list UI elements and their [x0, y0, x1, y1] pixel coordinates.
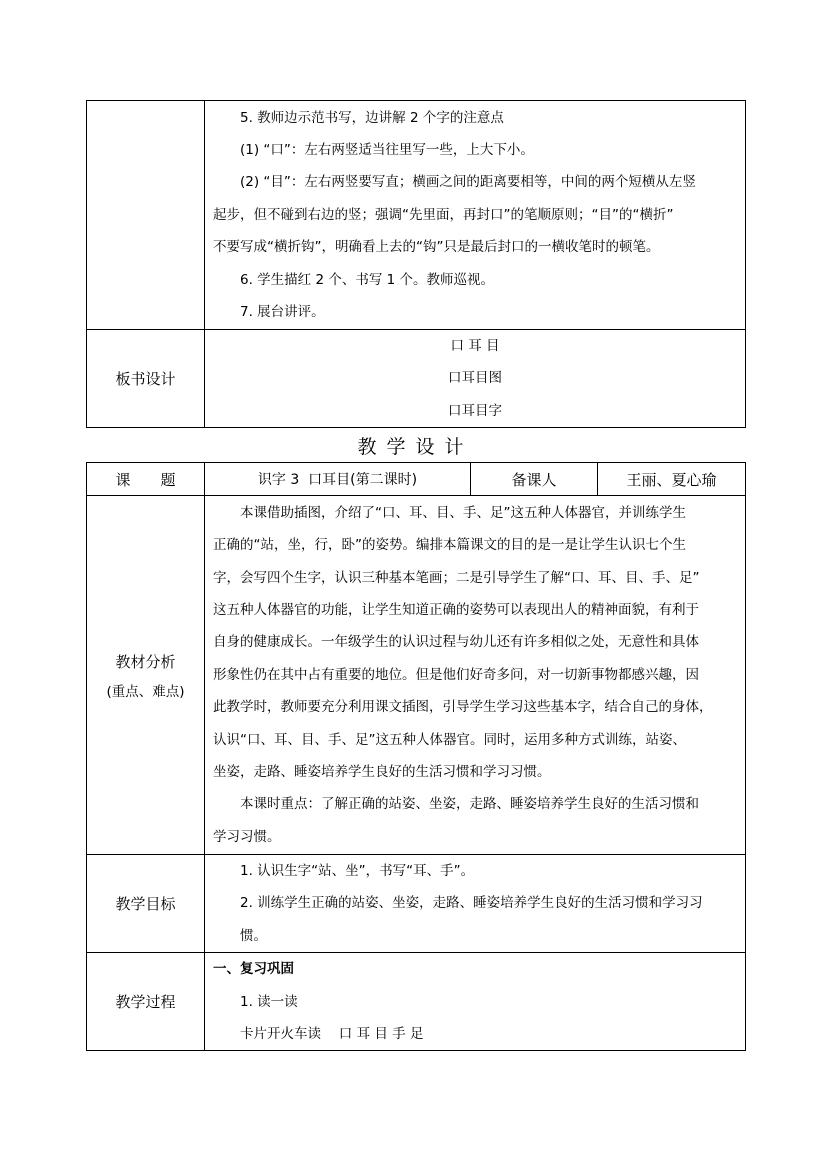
board-design-label: 板书设计 — [87, 330, 205, 428]
analysis-line: 此教学时，教师要充分利用课文插图，引导学生学习这些基本字，结合自己的身体， — [213, 691, 737, 723]
section-title: 教学设计 — [86, 434, 745, 460]
process-label: 教学过程 — [87, 953, 205, 1051]
process-step-1-detail: 卡片开火车读 口 耳 目 手 足 — [213, 1018, 737, 1050]
step-5-point-2-cont: 起步，但不碰到右边的竖；强调“先里面，再封口”的笔顺原则；“目”的“横折” — [213, 199, 737, 231]
preparer-label: 备课人 — [471, 463, 598, 496]
objective-1: 1. 认识生字“站、坐”，书写“耳、手”。 — [213, 855, 737, 887]
board-line-1: 口 耳 目 — [213, 330, 737, 362]
analysis-row: 教材分析 (重点、难点) 本课借助插图，介绍了“口、耳、目、手、足”这五种人体器… — [87, 496, 746, 855]
step-5-point-1: (1) “口”：左右两竖适当往里写一些，上大下小。 — [213, 134, 737, 166]
preparer-value: 王丽、夏心瑜 — [598, 463, 746, 496]
step-7: 7. 展台讲评。 — [213, 296, 737, 328]
analysis-line: 形象性仍在其中占有重要的地位。但是他们好奇多问，对一切新事物都感兴趣，因 — [213, 659, 737, 691]
analysis-line: 字，会写四个生字，认识三种基本笔画；二是引导学生了解“口、耳、目、手、足” — [213, 562, 737, 594]
header-row: 课 题 识字 3 口耳目(第二课时) 备课人 王丽、夏心瑜 — [87, 463, 746, 496]
objectives-content: 1. 认识生字“站、坐”，书写“耳、手”。 2. 训练学生正确的站姿、坐姿，走路… — [205, 855, 746, 953]
objective-2: 2. 训练学生正确的站姿、坐姿，走路、睡姿培养学生良好的生活习惯和学习习 — [213, 887, 737, 919]
teaching-design-table: 课 题 识字 3 口耳目(第二课时) 备课人 王丽、夏心瑜 教材分析 (重点、难… — [86, 462, 746, 1051]
lesson-steps-table: 5. 教师边示范书写，边讲解 2 个字的注意点 (1) “口”：左右两竖适当往里… — [86, 100, 746, 428]
board-design-content: 口 耳 目 口耳目图 口耳目字 — [205, 330, 746, 428]
analysis-line: 这五种人体器官的功能，让学生知道正确的姿势可以表现出人的精神面貌，有利于 — [213, 594, 737, 626]
process-step-1: 1. 读一读 — [213, 986, 737, 1018]
step-5: 5. 教师边示范书写，边讲解 2 个字的注意点 — [213, 102, 737, 134]
step-5-point-2-cont2: 不要写成“横折钩”，明确看上去的“钩”只是最后封口的一横收笔时的顿笔。 — [213, 231, 737, 263]
board-line-2: 口耳目图 — [213, 362, 737, 394]
topic-value: 识字 3 口耳目(第二课时) — [205, 463, 471, 496]
step-5-point-2: (2) “目”：左右两竖要写直；横画之间的距离要相等，中间的两个短横从左竖 — [213, 166, 737, 198]
analysis-line: 自身的健康成长。一年级学生的认识过程与幼儿还有许多相似之处，无意性和具体 — [213, 626, 737, 658]
analysis-line: 坐姿，走路、睡姿培养学生良好的生活习惯和学习习惯。 — [213, 756, 737, 788]
analysis-line: 认识“口、耳、目、手、足”这五种人体器官。同时，运用多种方式训练，站姿、 — [213, 724, 737, 756]
board-line-3: 口耳目字 — [213, 395, 737, 427]
steps-content-cell: 5. 教师边示范书写，边讲解 2 个字的注意点 (1) “口”：左右两竖适当往里… — [205, 101, 746, 330]
steps-label-cell — [87, 101, 205, 330]
process-content: 一、复习巩固 1. 读一读 卡片开火车读 口 耳 目 手 足 — [205, 953, 746, 1051]
analysis-label-cell: 教材分析 (重点、难点) — [87, 496, 205, 855]
analysis-sublabel: (重点、难点) — [87, 680, 204, 700]
process-row: 教学过程 一、复习巩固 1. 读一读 卡片开火车读 口 耳 目 手 足 — [87, 953, 746, 1051]
step-6: 6. 学生描红 2 个、书写 1 个。教师巡视。 — [213, 264, 737, 296]
steps-row: 5. 教师边示范书写，边讲解 2 个字的注意点 (1) “口”：左右两竖适当往里… — [87, 101, 746, 330]
topic-label: 课 题 — [87, 463, 205, 496]
board-design-row: 板书设计 口 耳 目 口耳目图 口耳目字 — [87, 330, 746, 428]
objectives-row: 教学目标 1. 认识生字“站、坐”，书写“耳、手”。 2. 训练学生正确的站姿、… — [87, 855, 746, 953]
analysis-line: 正确的“站，坐，行，卧”的姿势。编排本篇课文的目的是一是让学生认识七个生 — [213, 529, 737, 561]
analysis-line: 本课借助插图，介绍了“口、耳、目、手、足”这五种人体器官，并训练学生 — [213, 497, 737, 529]
process-heading: 一、复习巩固 — [213, 953, 737, 985]
analysis-content: 本课借助插图，介绍了“口、耳、目、手、足”这五种人体器官，并训练学生 正确的“站… — [205, 496, 746, 855]
analysis-label: 教材分析 — [87, 651, 204, 672]
objectives-label: 教学目标 — [87, 855, 205, 953]
key-point-line: 学习习惯。 — [213, 821, 737, 853]
objective-2-cont: 惯。 — [213, 920, 737, 952]
key-point-line: 本课时重点：了解正确的站姿、坐姿，走路、睡姿培养学生良好的生活习惯和 — [213, 788, 737, 820]
